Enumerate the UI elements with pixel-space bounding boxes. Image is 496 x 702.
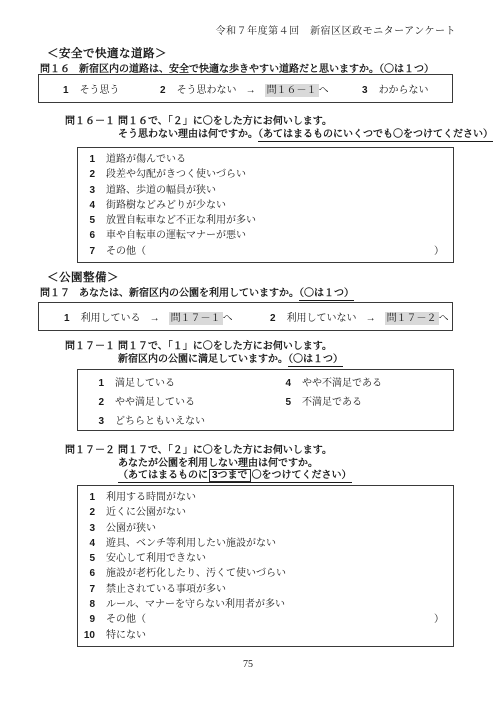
option-number: 3 [83,183,95,198]
question-text: あなたは、新宿区内の公園を利用していますか。 [79,288,299,299]
option-row: 10 特にない [78,628,453,643]
option-row: 5 放置自転車など不正な利用が多い [78,213,453,228]
option-number: 6 [83,228,95,243]
question-label: 問１７－２ [65,445,118,458]
option-label: 道路が傷んでいる [106,152,186,167]
subq-line1: 問１７－２問１７で、「２」に〇をした方にお伺いします。 [65,445,352,458]
option-label: そう思わない [177,85,237,96]
option-number: 9 [83,612,95,627]
option-label: その他（ [106,244,146,259]
option-row: 3 道路、歩道の幅員が狭い [78,183,453,198]
option-number: 1 [63,85,69,96]
option-row: 4 遊具、ベンチ等利用したい施設がない [78,536,453,551]
option-number: 3 [362,85,368,96]
option-number: 5 [83,551,95,566]
option-row: 5 不満足である [283,396,453,415]
subq-line3: （あてはまるものに3つまで〇をつけてください） [65,470,352,483]
option-number: 2 [83,167,95,182]
subq-line1: 問１７－１問１７で、「１」に〇をした方にお伺いします。 [65,341,343,354]
option-label: 利用していない [287,313,357,324]
subq-line2: 新宿区内の公園に満足していますか。（〇は１つ） [65,354,343,367]
jump-ref-suffix: へ [223,313,233,324]
jump-ref: 問１７－１ [169,312,223,325]
survey-page: 令和７年度第４回 新宿区区政モニターアンケート ＜安全で快適な道路＞ 問１６新宿… [0,0,496,702]
question-label: 問１６－１ [65,116,118,129]
option-label: どちらともいえない [115,415,205,428]
close-paren: ） [434,612,444,627]
option-label: 安心して利用できない [106,551,206,566]
option-row: 3 どちらともいえない [96,415,283,434]
option-number: 6 [83,566,95,581]
option-row: 7 禁止されている事項が多い [78,582,453,597]
option-number: 5 [83,213,95,228]
option-number: 1 [64,313,70,324]
option-row: 2 近くに公園がない [78,505,453,520]
option-row: 3 公園が狭い [78,521,453,536]
option-label: 利用する時間がない [106,490,196,505]
option-label: 利用している [81,313,141,324]
option-number: 2 [96,396,104,409]
option-row: 2利用していない→問１７－２へ [270,309,449,324]
question-note: （〇は１つ） [299,288,354,301]
option-row: 2 段差や勾配がきつく使いづらい [78,167,453,182]
option-number: 7 [83,582,95,597]
option-row-other: 7 その他（ ） [78,244,453,259]
option-number: 1 [96,377,104,390]
option-label: わからない [379,85,429,96]
option-row: 1 道路が傷んでいる [78,152,453,167]
option-label: 公園が狭い [106,521,156,536]
option-row: 4 街路樹などみどりが少ない [78,198,453,213]
option-number: 2 [160,85,166,96]
note-limit-box: 3つまで [209,469,251,482]
option-label: 段差や勾配がきつく使いづらい [106,167,246,182]
option-number: 3 [96,415,104,428]
subq-line2: そう思わない理由は何ですか。（あてはまるものにいくつでも〇をつけてください） [65,129,493,142]
option-number: 4 [83,536,95,551]
option-row: 1 満足している [96,377,283,396]
option-row: 1 利用する時間がない [78,490,453,505]
option-label: ルール、マナーを守らない利用者が多い [106,597,285,612]
option-number: 1 [83,152,95,167]
option-number: 4 [83,198,95,213]
option-number: 8 [83,597,95,612]
arrow-right-icon: → [246,85,256,96]
note-post: 〇をつけてください） [252,470,352,481]
subq-note: （〇は１つ） [288,354,343,367]
question-label: 問１７ [40,288,70,299]
q16-answer-box: 1そう思う 2そう思わない→問１６－１へ 3わからない [38,74,453,103]
option-row: 6 施設が老朽化したり、汚くて使いづらい [78,566,453,581]
option-row: 5 安心して利用できない [78,551,453,566]
question-16: 問１６新宿区内の道路は、安全で快適な歩きやすい道路だと思いますか。（〇は１つ） [40,60,434,75]
option-label: 道路、歩道の幅員が狭い [106,183,216,198]
note-pre: （あてはまるものに [118,470,208,481]
option-label: やや不満足である [302,377,382,390]
question-17-2: 問１７－２問１７で、「２」に〇をした方にお伺いします。 あなたが公園を利用しない… [65,445,352,483]
jump-ref: 問１６－１ [265,84,319,97]
option-row: 1利用している→問１７－１へ [64,309,270,324]
option-label: やや満足している [115,396,195,409]
option-label: 特にない [106,628,146,643]
section-title-parks: ＜公園整備＞ [47,269,119,285]
option-number: 5 [283,396,291,409]
option-row: 4 やや不満足である [283,377,453,396]
option-row: 2 やや満足している [96,396,283,415]
section-title-roads: ＜安全で快適な道路＞ [47,45,167,61]
arrow-right-icon: → [150,313,160,324]
subq-intro: 問１７で、「２」に〇をした方にお伺いします。 [118,445,332,456]
option-label: 近くに公園がない [106,505,186,520]
arrow-right-icon: → [366,313,376,324]
q17-answer-box: 1利用している→問１７－１へ 2利用していない→問１７－２へ [38,302,453,331]
option-row-other: 9 その他（ ） [78,612,453,627]
subq-question: あなたが公園を利用しない理由は何ですか。 [118,458,318,469]
subq-note: （あてはまるものにいくつでも〇をつけてください） [258,129,493,142]
option-label: その他（ [106,612,146,627]
subq-question: そう思わない理由は何ですか。 [118,129,258,140]
jump-ref-suffix: へ [319,85,329,96]
option-row: 1そう思う [63,81,160,96]
jump-ref-suffix: へ [439,313,449,324]
q17-1-answer-box: 1 満足している 2 やや満足している 3 どちらともいえない 4 やや不満足で… [77,369,454,431]
page-number: 75 [0,659,496,670]
option-label: 満足している [115,377,175,390]
subq-note: （あてはまるものに3つまで〇をつけてください） [118,470,352,483]
option-label: 放置自転車など不正な利用が多い [106,213,256,228]
option-number: 1 [83,490,95,505]
option-row: 6 車や自転車の運転マナーが悪い [78,228,453,243]
doc-header: 令和７年度第４回 新宿区区政モニターアンケート [216,22,456,37]
option-label: 禁止されている事項が多い [106,582,226,597]
subq-intro: 問１６で、「２」に〇をした方にお伺いします。 [118,116,332,127]
subq-line1: 問１６－１問１６で、「２」に〇をした方にお伺いします。 [65,116,493,129]
question-label: 問１７－１ [65,341,118,354]
q16-1-answer-box: 1 道路が傷んでいる 2 段差や勾配がきつく使いづらい 3 道路、歩道の幅員が狭… [77,147,454,263]
option-row: 3わからない [362,81,429,96]
question-17: 問１７あなたは、新宿区内の公園を利用していますか。（〇は１つ） [40,284,354,299]
option-number: 2 [83,505,95,520]
question-17-1: 問１７－１問１７で、「１」に〇をした方にお伺いします。 新宿区内の公園に満足して… [65,341,343,366]
option-label: 街路樹などみどりが少ない [106,198,226,213]
question-16-1: 問１６－１問１６で、「２」に〇をした方にお伺いします。 そう思わない理由は何です… [65,116,493,141]
jump-ref: 問１７－２ [385,312,439,325]
option-label: 遊具、ベンチ等利用したい施設がない [106,536,276,551]
option-row: 8 ルール、マナーを守らない利用者が多い [78,597,453,612]
option-number: 10 [83,628,95,643]
close-paren: ） [434,244,444,259]
option-label: 施設が老朽化したり、汚くて使いづらい [106,566,286,581]
option-label: 不満足である [302,396,362,409]
option-number: 3 [83,521,95,536]
subq-intro: 問１７で、「１」に〇をした方にお伺いします。 [118,341,332,352]
option-number: 7 [83,244,95,259]
option-number: 2 [270,313,276,324]
option-number: 4 [283,377,291,390]
q17-2-answer-box: 1 利用する時間がない 2 近くに公園がない 3 公園が狭い 4 遊具、ベンチ等… [77,485,454,647]
option-label: 車や自転車の運転マナーが悪い [106,228,246,243]
option-label: そう思う [80,85,120,96]
subq-question: 新宿区内の公園に満足していますか。 [118,354,288,365]
option-row: 2そう思わない→問１６－１へ [160,81,362,96]
